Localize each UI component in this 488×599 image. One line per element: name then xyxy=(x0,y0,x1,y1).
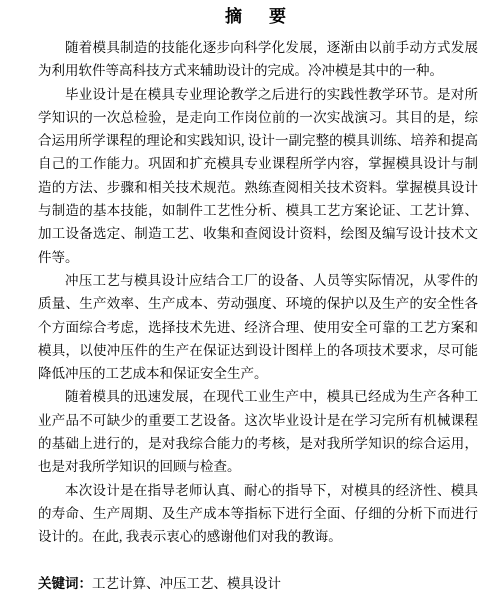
abstract-paragraph-4: 随着模具的迅速发展，在现代工业生产中，模具已经成为生产各种工业产品不可缺少的重要… xyxy=(38,385,478,478)
abstract-paragraph-2: 毕业设计是在模具专业理论教学之后进行的实践性教学环节。是对所学知识的一次总检验，… xyxy=(38,83,478,269)
keywords-text: 工艺计算、冲压工艺、模具设计 xyxy=(92,576,281,591)
abstract-body: 随着模具制造的技能化逐步向科学化发展，逐渐由以前手动方式发展为利用软件等高科技方… xyxy=(38,36,478,549)
abstract-paragraph-1: 随着模具制造的技能化逐步向科学化发展，逐渐由以前手动方式发展为利用软件等高科技方… xyxy=(38,36,478,83)
abstract-page: 摘 要 随着模具制造的技能化逐步向科学化发展，逐渐由以前手动方式发展为利用软件等… xyxy=(0,0,488,599)
abstract-paragraph-5: 本次设计是在指导老师认真、耐心的指导下，对模具的经济性、模具的寿命、生产周期、及… xyxy=(38,479,478,549)
keywords-label: 关键词： xyxy=(38,576,92,591)
keywords-row: 关键词：工艺计算、冲压工艺、模具设计 xyxy=(38,572,478,595)
abstract-paragraph-3: 冲压工艺与模具设计应结合工厂的设备、人员等实际情况，从零件的质量、生产效率、生产… xyxy=(38,269,478,385)
page-title: 摘 要 xyxy=(38,5,478,29)
